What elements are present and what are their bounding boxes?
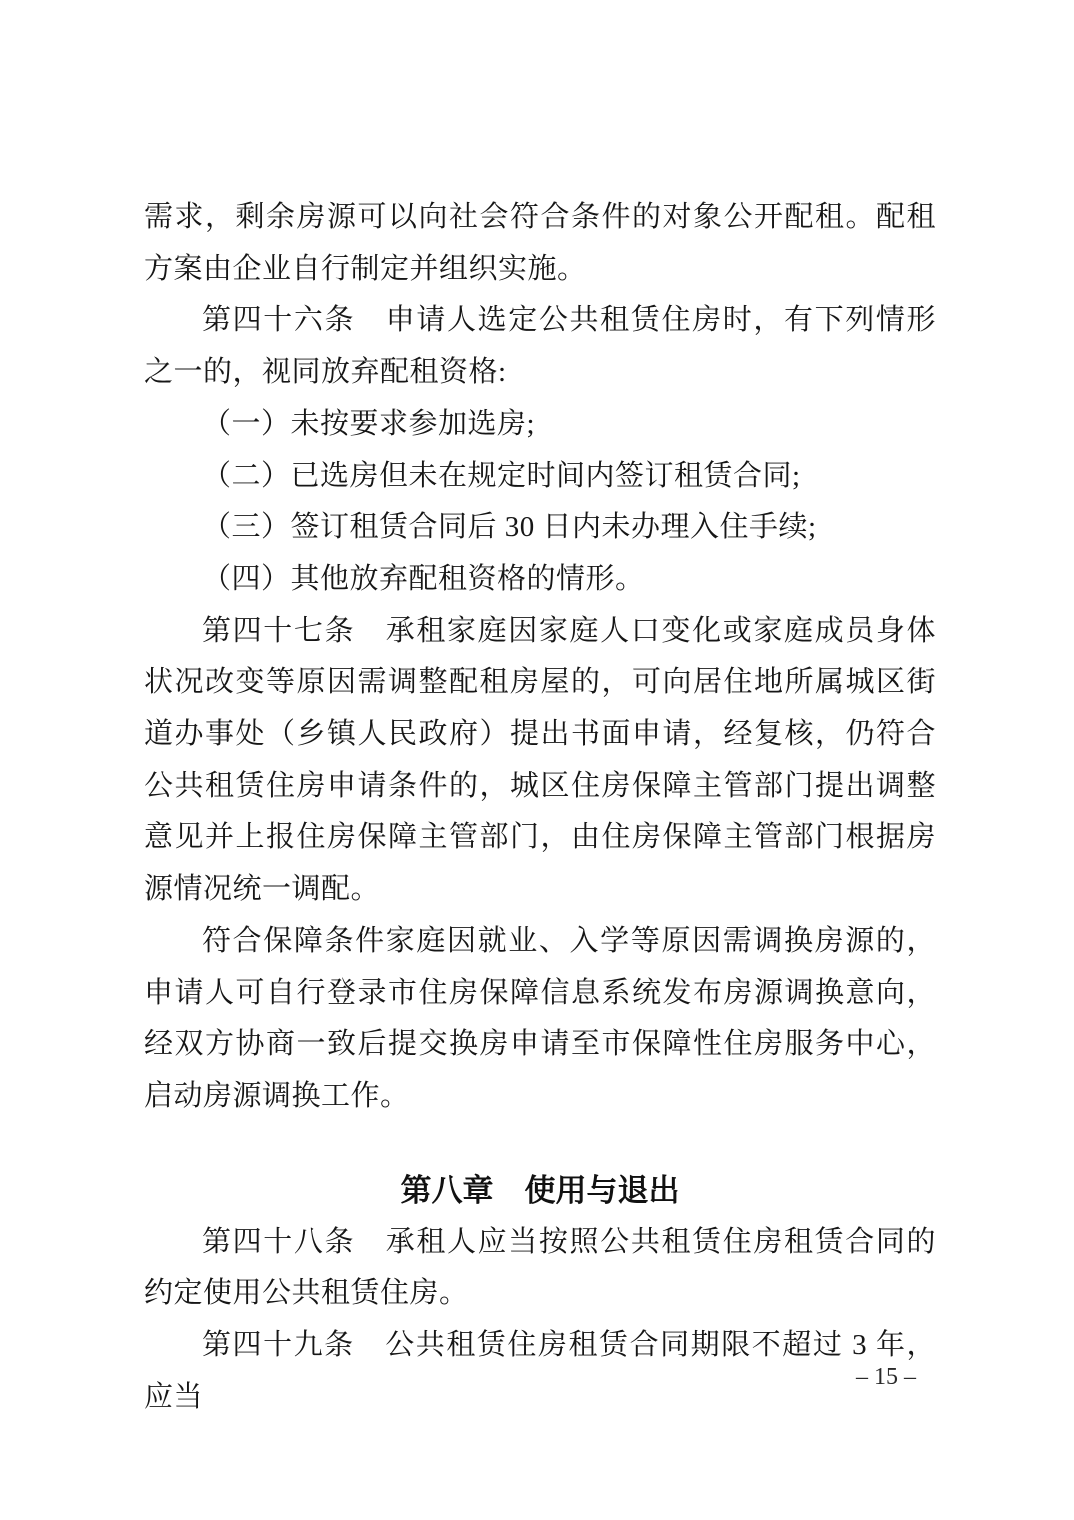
paragraph-continuation: 需求，剩余房源可以向社会符合条件的对象公开配租。配租方案由企业自行制定并组织实施…	[144, 192, 936, 295]
paragraph-article-49: 第四十九条 公共租赁住房租赁合同期限不超过 3 年，应当	[144, 1320, 936, 1423]
document-body: 需求，剩余房源可以向社会符合条件的对象公开配租。配租方案由企业自行制定并组织实施…	[144, 192, 936, 1423]
document-page: 需求，剩余房源可以向社会符合条件的对象公开配租。配租方案由企业自行制定并组织实施…	[0, 0, 1074, 1520]
list-item-2: （二）已选房但未在规定时间内签订租赁合同;	[144, 451, 936, 503]
chapter-heading: 第八章 使用与退出	[144, 1165, 936, 1217]
paragraph-exchange: 符合保障条件家庭因就业、入学等原因需调换房源的，申请人可自行登录市住房保障信息系…	[144, 916, 936, 1123]
paragraph-article-46: 第四十六条 申请人选定公共租赁住房时，有下列情形之一的，视同放弃配租资格:	[144, 295, 936, 398]
paragraph-article-48: 第四十八条 承租人应当按照公共租赁住房租赁合同的约定使用公共租赁住房。	[144, 1217, 936, 1320]
list-item-3: （三）签订租赁合同后 30 日内未办理入住手续;	[144, 502, 936, 554]
list-item-1: （一）未按要求参加选房;	[144, 399, 936, 451]
page-number: – 15 –	[826, 1360, 946, 1394]
paragraph-article-47: 第四十七条 承租家庭因家庭人口变化或家庭成员身体状况改变等原因需调整配租房屋的，…	[144, 606, 936, 916]
list-item-4: （四）其他放弃配租资格的情形。	[144, 554, 936, 606]
